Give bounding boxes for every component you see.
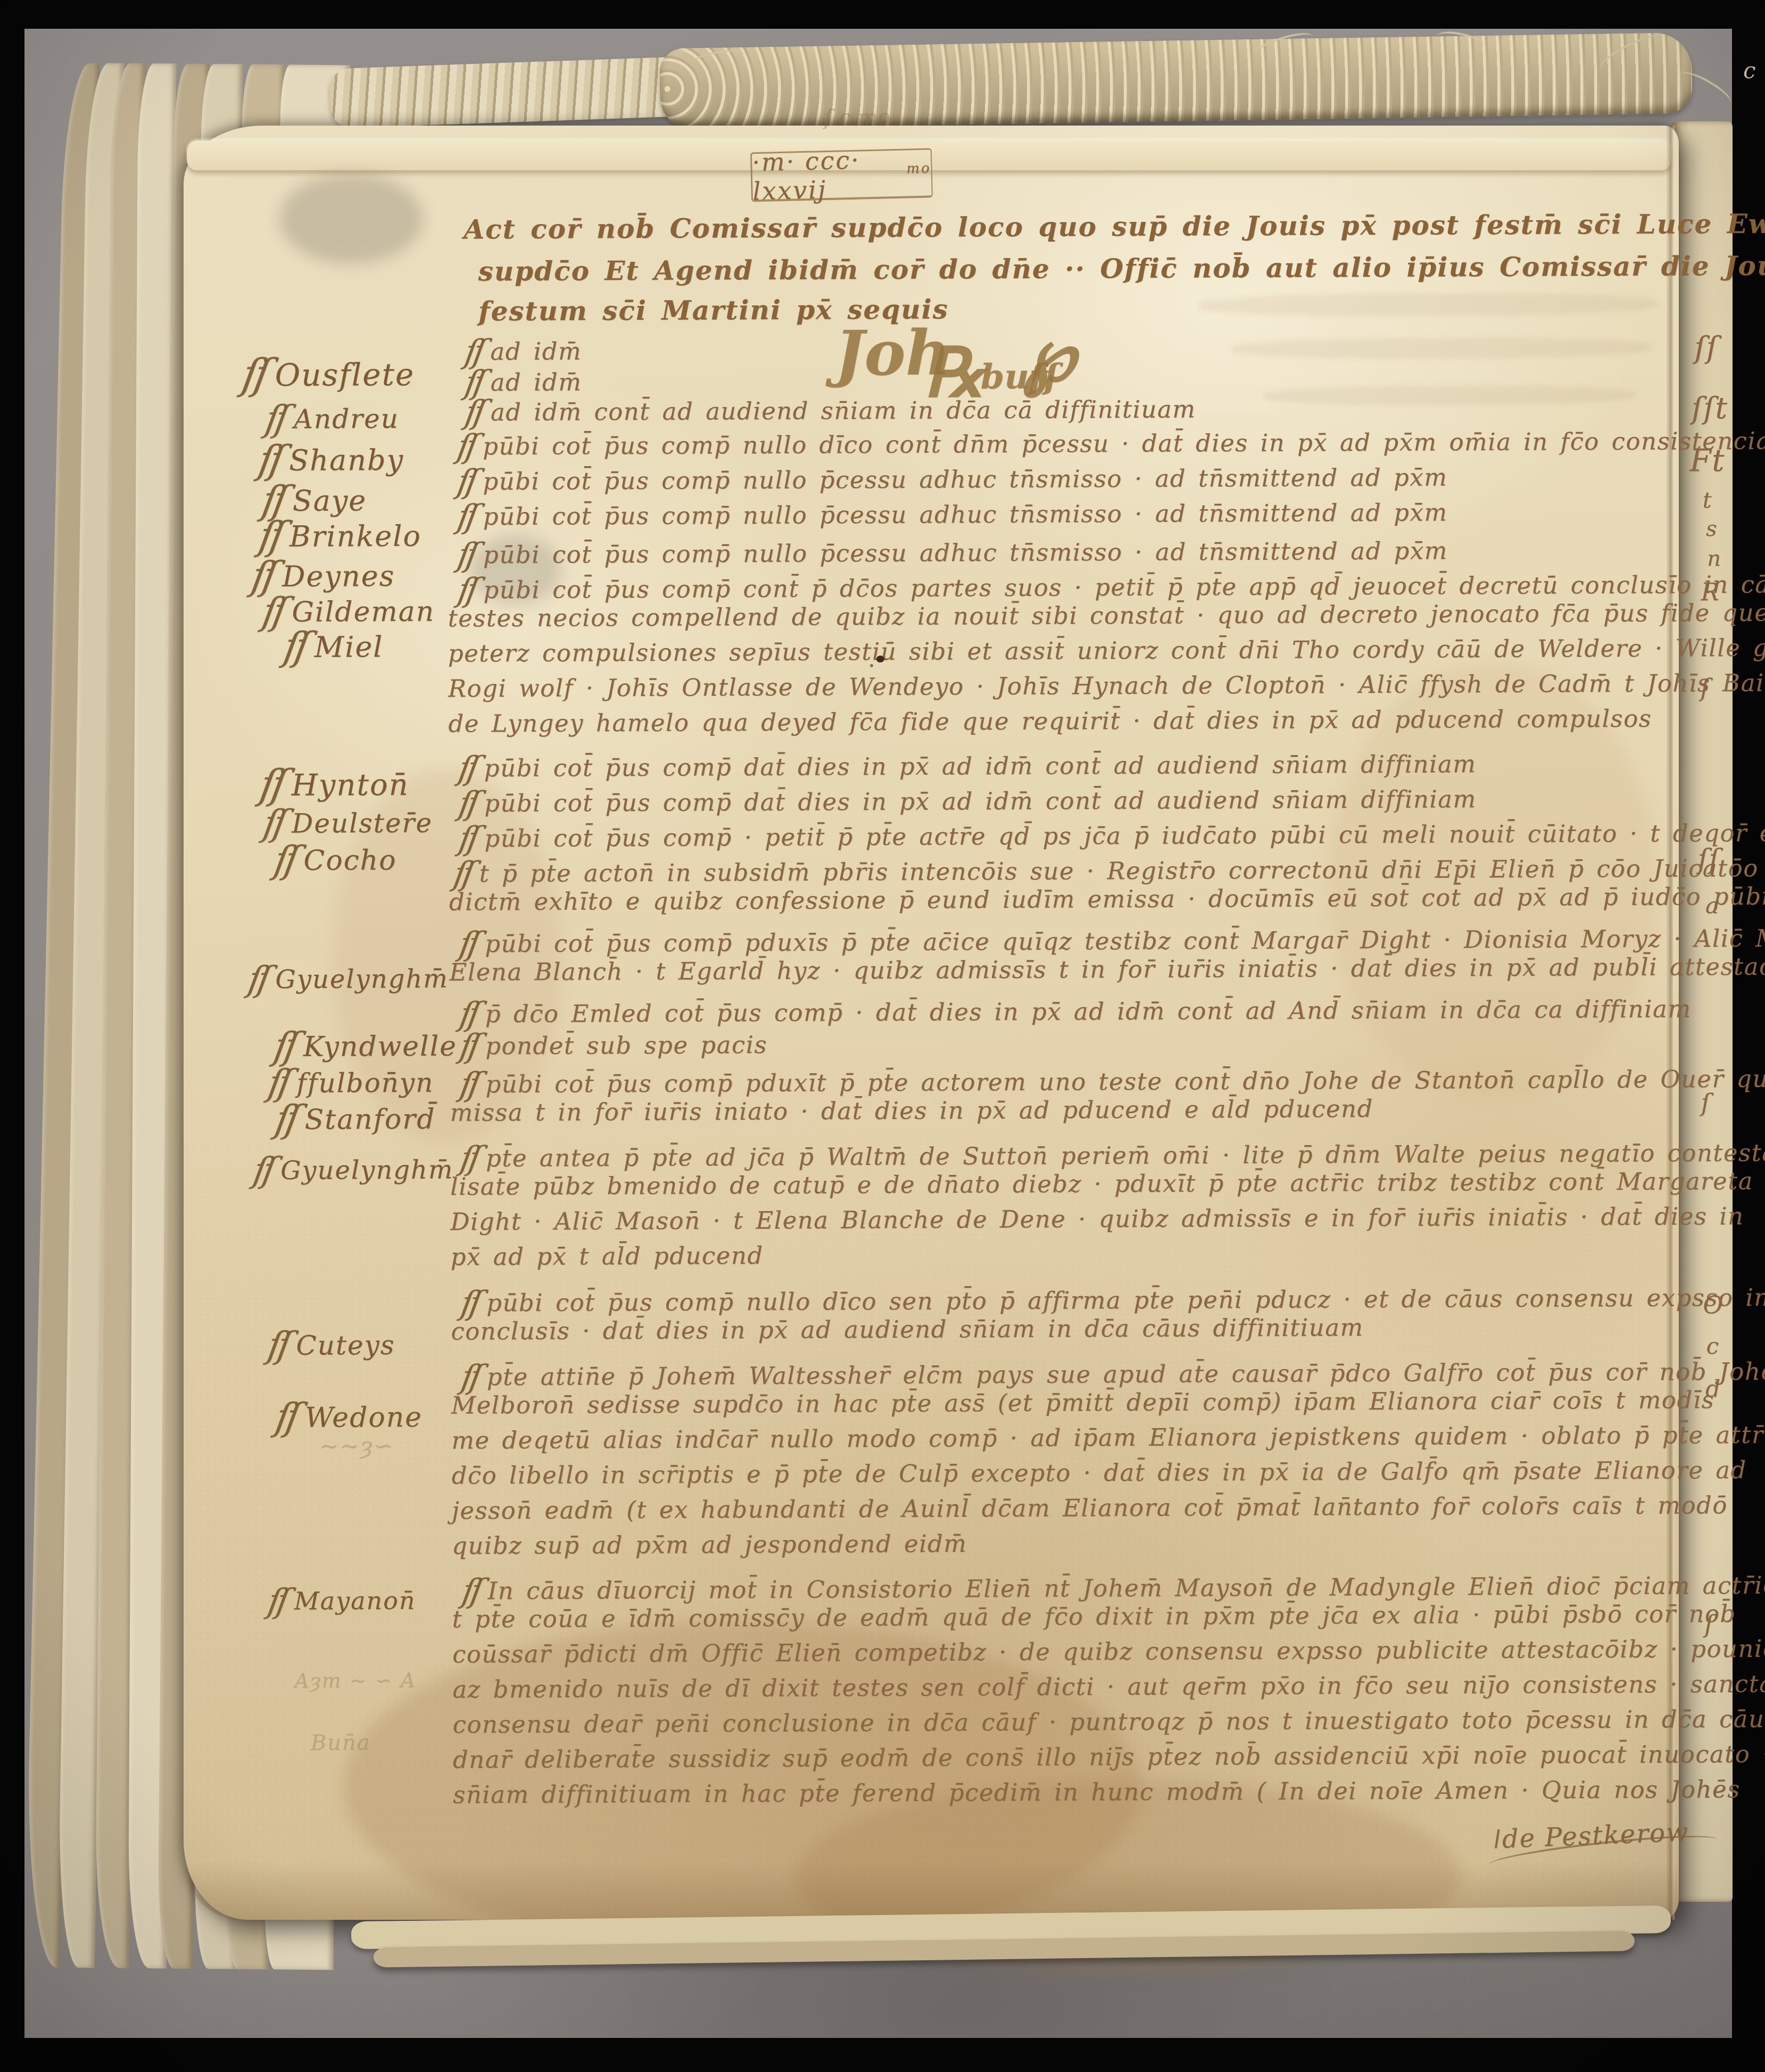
margin-case-name: Bun̄a: [311, 1730, 371, 1755]
partial-glyph: O: [1703, 1290, 1723, 1319]
act-entry-line: missa t in for̄ iur̄is iniato · dat̄ die…: [450, 1095, 1373, 1127]
ink-layer: ſ c mo ·m· ccc· lxxvijmo Act cor̄ nob̄ C…: [0, 0, 1765, 2072]
act-entry-line: ſſpūbi cot̄ p̄us comp̄ pduxīt p̄ pt̄e ac…: [460, 1057, 1765, 1100]
partial-glyph: ſ: [1704, 1610, 1714, 1638]
act-entry-line: jesson̄ eadm̄ (t ex habundanti de Auinl̄…: [452, 1491, 1728, 1524]
margin-case-name: ſſOusflete: [243, 347, 415, 396]
act-entry-line: sn̄iam diffinitiuam in hac pt̄e ferend p…: [453, 1775, 1741, 1809]
margin-case-name: ſſAndreu: [266, 394, 399, 437]
act-heading: Act cor̄ nob̄ Comissar̄ supdc̄o loco quo…: [0, 0, 1760, 4]
folio-number-ghost: ſ c mo: [824, 105, 890, 130]
act-entry-line: ſſpūbi cot̄ p̄us comp̄ nullo dīco sen pt…: [461, 1276, 1765, 1319]
act-entry-line: coūssar̄ p̄dicti dm̄ Offic̄ Elien̄ compe…: [452, 1634, 1765, 1668]
act-entry-line: Elena Blanch̄ · t Egarld̄ hyz · quibz ad…: [449, 952, 1765, 986]
paragraph-mark-icon: ſſ: [271, 838, 299, 882]
partial-glyph: ſ: [1701, 1088, 1711, 1117]
frame-corner-letter: c: [1743, 57, 1756, 84]
act-entry-line: dc̄o libello in scr̄iptis e p̄ pt̄e de C…: [451, 1456, 1746, 1490]
paragraph-mark-icon: ſſ: [457, 925, 479, 963]
act-entry-line: testes necios compellend de quibz ia nou…: [448, 598, 1765, 633]
scribe-signature: ǀde Pestkerow: [1493, 1817, 1689, 1854]
partial-glyph: s: [1706, 517, 1718, 541]
act-entry-line: Dight · Alic̄ Mason̄ · t Elena Blanche d…: [450, 1202, 1744, 1236]
paragraph-mark-icon: ſſ: [456, 820, 479, 857]
heading-line: supdc̄o Et Agend ibidm̄ cor̄ do dn̄e ·· …: [478, 249, 1765, 287]
act-entry-line: consensu dear̄ pen̄i conclusione in dc̄a…: [453, 1704, 1765, 1738]
act-entry-line: t pt̄e coūa e īdm̄ comissc̄y de eadm̄ qu…: [452, 1599, 1736, 1634]
margin-case-name: ſſWedone: [276, 1392, 422, 1436]
margin-case-name: Aȝm ∼ ∽ A: [294, 1669, 416, 1693]
registrar-flourishes: Joh℞buſſ℘: [0, 0, 1760, 4]
partial-glyph: d: [1705, 1375, 1721, 1403]
court-act-entries: ſſad idm̄ſſad idm̄ſſad idm̄ cont̄ ad aud…: [0, 0, 1760, 4]
ink-speck: [870, 664, 873, 667]
paragraph-mark-icon: ſſ: [272, 1395, 300, 1439]
margin-case-name: ſſCuteys: [268, 1321, 395, 1363]
paragraph-mark-icon: ſſ: [451, 855, 474, 892]
paragraph-mark-icon: ſſ: [262, 397, 289, 440]
paragraph-mark-icon: ſſ: [245, 959, 270, 999]
partial-glyph: t: [1703, 487, 1713, 513]
act-entry-line: conclusīs · dat̄ dies in px̄ ad audiend …: [451, 1313, 1363, 1345]
act-entry-line: dictm̄ exhīto e quibz confessione p̄ eun…: [449, 882, 1765, 916]
paragraph-mark-icon: ſſ: [265, 1324, 292, 1366]
partial-glyph: ſſ: [1694, 330, 1718, 365]
paragraph-mark-icon: ſſ: [457, 1027, 480, 1065]
margin-case-name: ſſHynton̄: [261, 758, 409, 805]
paragraph-mark-icon: ſſ: [280, 624, 310, 669]
partial-glyph: ſ: [1700, 673, 1710, 702]
act-entry-line: peterz compulsiones sepīus testiū sibi e…: [448, 633, 1765, 667]
partial-glyph: n: [1707, 546, 1721, 571]
margin-case-name: ſſMiel: [285, 621, 384, 667]
partial-glyph: a: [1705, 892, 1720, 918]
act-entry-line: az bmenido nuīs de dī dixit testes sen c…: [452, 1669, 1765, 1703]
margin-case-name: ∼∼ȝ∽: [319, 1432, 394, 1460]
margin-case-name: ſſBrinkelo: [260, 510, 421, 556]
act-entry-line: ſſpondet̄ sub spe pacis: [460, 1024, 767, 1063]
paragraph-mark-icon: ſſ: [460, 1572, 483, 1610]
paragraph-mark-icon: ſſ: [265, 1581, 289, 1620]
paragraph-mark-icon: ſſ: [455, 571, 478, 609]
bleedthrough-streak: [1264, 385, 1636, 406]
margin-case-name: ſſStanford̄: [276, 1094, 435, 1138]
manuscript-photo: ſ c mo ·m· ccc· lxxvijmo Act cor̄ nob̄ C…: [0, 0, 1765, 2072]
partial-glyph: R: [1701, 577, 1720, 606]
partial-glyph: ſſt: [1692, 391, 1728, 426]
paragraph-mark-icon: ſſ: [458, 1284, 481, 1322]
act-entry-line: de Lyngey hamelo qua deyed fc̄a fide que…: [448, 705, 1652, 738]
act-entry-line: ſſpūbi cot̄ p̄us comp̄ nullo dīco cont̄ …: [458, 420, 1765, 463]
bleedthrough-streak: [1231, 337, 1652, 359]
margin-case-name: ſſCocho: [275, 835, 396, 879]
act-entry-line: ſſpūbi cot̄ p̄us comp̄ nullo p̄cessu adh…: [458, 491, 1448, 533]
ink-speck: [876, 656, 884, 662]
act-entry-line: dnar̄ deliberat̄e sussidiz sup̄ eodm̄ de…: [453, 1739, 1765, 1773]
heading-line: Act cor̄ nob̄ Comissar̄ supdc̄o loco quo…: [463, 207, 1765, 245]
act-entry-line: Rogi wolf · Johīs Ontlasse de Wendeyo · …: [448, 669, 1765, 703]
paragraph-mark-icon: ſſ: [272, 1097, 300, 1141]
folio-number: ·m· ccc· lxxvijmo: [750, 148, 933, 202]
next-page-partial-text: ſſſſtFttsnRſſſaſOcdſ: [0, 0, 1760, 4]
folio-number-superscript: mo: [906, 160, 931, 177]
paragraph-mark-icon: ſſ: [251, 1150, 276, 1190]
flourish-initial: ℘: [1023, 311, 1075, 398]
paragraph-mark-icon: ſſ: [455, 498, 478, 535]
margin-case-name: ſſGyuelynghm̄: [254, 1147, 454, 1188]
margin-case-name: ſſGyuelynghm̄: [248, 956, 449, 997]
partial-glyph: Ft: [1689, 442, 1725, 478]
bleedthrough-streak: [1199, 293, 1657, 317]
paragraph-mark-icon: ſſ: [259, 590, 287, 633]
folio-number-text: ·m· ccc· lxxvij: [752, 144, 907, 205]
margin-case-names: ſſOusfleteſſAndreuſſShanbyſſSayeſſBrinke…: [0, 0, 1760, 4]
partial-glyph: ſſ: [1697, 843, 1720, 875]
act-entry-line: me deqetū alias indc̄ar̄ nullo modo comp…: [451, 1420, 1765, 1454]
act-entry-line: Melboron̄ sedisse supdc̄o in hac pt̄e as…: [451, 1386, 1714, 1419]
paragraph-mark-icon: ſſ: [239, 350, 271, 399]
paragraph-mark-icon: ſſ: [455, 536, 478, 574]
act-entry-line: px̄ ad px̄ t al̄d pducend: [451, 1241, 764, 1271]
paragraph-mark-icon: ſſ: [458, 1140, 480, 1177]
margin-case-name: ſſShanby: [259, 434, 404, 480]
margin-case-name: ſſMayanon̄: [268, 1578, 416, 1618]
paragraph-mark-icon: ſſ: [459, 1358, 482, 1396]
partial-glyph: c: [1706, 1333, 1719, 1359]
paragraph-mark-icon: ſſ: [456, 750, 479, 787]
paragraph-mark-icon: ſſ: [457, 1066, 480, 1103]
paragraph-mark-icon: ſſ: [456, 785, 479, 822]
paragraph-mark-icon: ſſ: [454, 428, 477, 465]
paragraph-mark-icon: ſſ: [454, 463, 477, 500]
act-entry-line: lisat̄e pūbz bmenido de catup̄ e de dn̄a…: [450, 1167, 1753, 1201]
act-entry-line: quibz sup̄ ad px̄m ad jespondend eidm̄: [452, 1529, 967, 1560]
